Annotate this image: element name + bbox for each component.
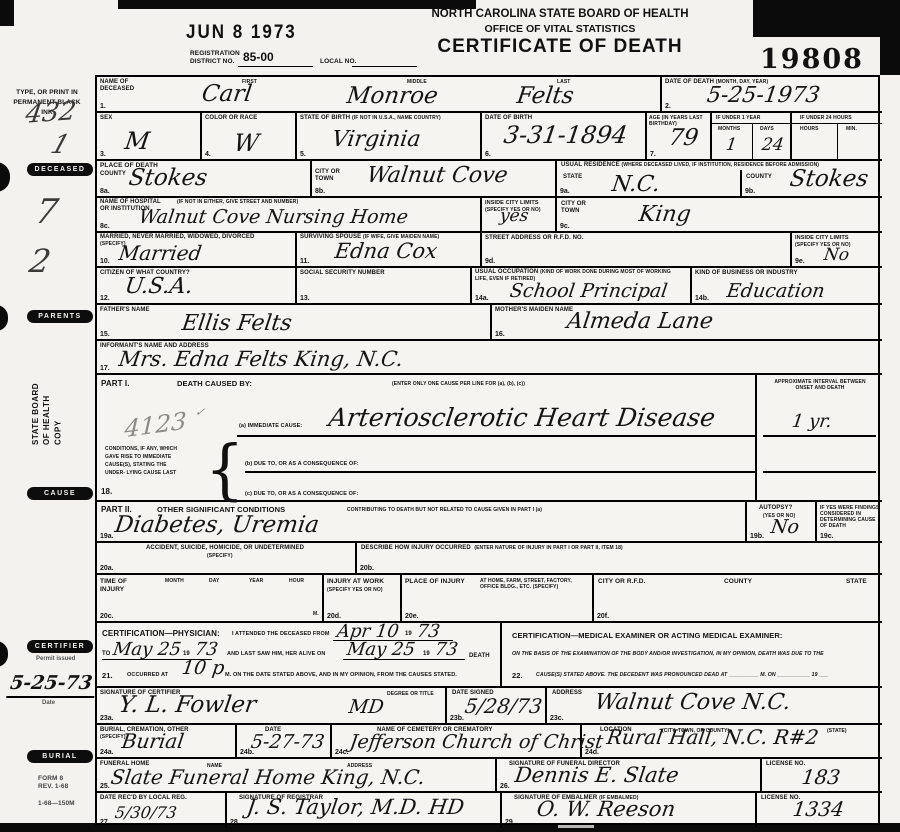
registration-district-value: 85-00 (243, 50, 274, 64)
cell-certification-examiner: CERTIFICATION—MEDICAL EXAMINER OR ACTING… (502, 623, 882, 688)
due-to-b-label: (b) DUE TO, OR AS A CONSEQUENCE OF: (245, 461, 359, 468)
cell-name-of-deceased: NAME OF DECEASED FIRST MIDDLE LAST 1. Ca… (97, 77, 662, 113)
pod-county-value: Stokes (127, 165, 209, 191)
sex-label: SEX (100, 115, 112, 122)
informant-num: 17. (100, 365, 110, 372)
part2-num: 19a. (100, 533, 114, 540)
one-cause-note: (ENTER ONLY ONE CAUSE PER LINE FOR (a), … (392, 381, 525, 387)
margin-tab-certifier: CERTIFIER (27, 640, 93, 653)
place-injury-label: PLACE OF INJURY (405, 578, 465, 586)
name-last-value: Felts (515, 83, 575, 109)
hospital-num: 8c. (100, 223, 110, 230)
burial-value: Burial (120, 729, 185, 753)
name-middle-value: Monroe (345, 83, 439, 109)
ur-county-value: Stokes (788, 166, 870, 192)
cell-part1-cause: PART I. DEATH CAUSED BY: (ENTER ONLY ONE… (97, 375, 757, 502)
pod-city-num: 8b. (315, 188, 325, 195)
icl2-num: 9e. (795, 258, 805, 265)
certificate-title: CERTIFICATE OF DEATH (280, 36, 840, 58)
cell-father: FATHER'S NAME 15. Ellis Felts (97, 305, 492, 341)
cell-date-of-birth: DATE OF BIRTH 6. 3-31-1894 (482, 113, 647, 161)
date-received-label: DATE REC'D BY LOCAL REG. (100, 795, 187, 802)
registration-underline (238, 66, 313, 67)
funeral-home-value: Slate Funeral Home King, N.C. (109, 765, 426, 789)
signature-certifier-value: Y. L. Fowler (117, 692, 258, 718)
cert-examiner-line1: ON THE BASIS OF THE EXAMINATION OF THE B… (512, 651, 877, 657)
local-no-underline (352, 66, 417, 67)
injury-work-num: 20d. (327, 613, 341, 620)
immediate-cause-value: Arteriosclerotic Heart Disease (327, 403, 717, 432)
margin-pencil-2: 2 (27, 242, 54, 280)
accident-num: 20a. (100, 565, 114, 572)
sex-value: M (123, 127, 152, 155)
cell-burial: BURIAL, CREMATION, OTHER (SPECIFY) 24a. … (97, 725, 237, 759)
occupation-value: School Principal (508, 280, 668, 302)
race-label: COLOR OR RACE (205, 115, 257, 122)
industry-value: Education (725, 280, 826, 302)
dob-num: 6. (485, 151, 491, 158)
margin-tab-burial: BURIAL (27, 750, 93, 763)
ur-county-label: COUNTY (746, 174, 772, 181)
cell-pod-city: CITY OR TOWN 8b. Walnut Cove (312, 161, 557, 198)
date-signed-value: 5/28/73 (463, 694, 543, 718)
cell-hospital: NAME OF HOSPITAL OR INSTITUTION (IF NOT … (97, 198, 482, 233)
street-num: 9d. (485, 258, 495, 265)
pod-city-value: Walnut Cove (365, 163, 509, 188)
race-value: W (232, 129, 261, 157)
cell-date-of-death: DATE OF DEATH (MONTH, DAY, YEAR) 2. 5-25… (662, 77, 882, 113)
embalmer-license-value: 1334 (791, 797, 845, 821)
cell-interval: APPROXIMATE INTERVAL BETWEEN ONSET AND D… (757, 375, 882, 502)
cell-injury-at-work: INJURY AT WORK (SPECIFY YES OR NO) 20d. (324, 575, 402, 623)
findings-label: IF YES WERE FINDINGS CONSIDERED IN DETER… (820, 505, 880, 529)
hospital-sub: (IF NOT IN EITHER, GIVE STREET AND NUMBE… (177, 199, 298, 205)
father-num: 15. (100, 331, 110, 338)
registration-district-label: REGISTRATIONDISTRICT NO. (190, 50, 240, 66)
funeral-director-num: 26. (500, 783, 510, 790)
cell-state-of-birth: STATE OF BIRTH (IF NOT IN U.S.A., NAME C… (297, 113, 482, 161)
under24-vline (837, 123, 838, 161)
burial-date-value: 5-27-73 (249, 731, 325, 753)
certifier-address-label: ADDRESS (552, 690, 582, 697)
brace-glyph: { (205, 431, 244, 508)
cell-age: AGE (IN YEARS LAST BIRTHDAY) 7. 79 (647, 113, 712, 161)
registrar-num: 28. (230, 819, 240, 826)
saw-underline (343, 659, 465, 660)
race-num: 4. (205, 151, 211, 158)
under1y-label: IF UNDER 1 YEAR (716, 115, 760, 121)
item-21-num: 21. (102, 671, 113, 680)
signature-certifier-num: 23a. (100, 715, 114, 722)
registrar-value: J. S. Taylor, M.D. HD (245, 795, 465, 819)
cell-signature-certifier: SIGNATURE OF CERTIFIER DEGREE OR TITLE 2… (97, 688, 447, 725)
cell-ur-county: COUNTY 9b. Stokes (742, 170, 882, 198)
attended-label: I ATTENDED THE DECEASED FROM (232, 631, 330, 638)
cell-part2: PART II. OTHER SIGNIFICANT CONDITIONS CO… (97, 502, 747, 543)
state-board-copy-label: STATE BOARD OF HEALTH COPY (30, 375, 64, 445)
cert-examiner-title: CERTIFICATION—MEDICAL EXAMINER OR ACTING… (512, 631, 783, 640)
months-value: 1 (725, 135, 739, 155)
cert-physician-title: CERTIFICATION—PHYSICIAN: (102, 629, 220, 639)
pod-county-label: COUNTY (100, 171, 126, 178)
injury-city-label: CITY OR R.F.D. (598, 578, 646, 586)
autopsy-label: AUTOPSY? (759, 505, 792, 512)
due-to-c-label: (c) DUE TO, OR AS A CONSEQUENCE OF: (245, 491, 358, 498)
cell-embalmer-license: LICENSE NO. 1334 (757, 793, 882, 827)
injury-city-num: 20f. (597, 613, 609, 620)
hour-label: HOUR (289, 578, 304, 584)
cell-date-received: DATE REC'D BY LOCAL REG. 27. 5/30/73 (97, 793, 227, 827)
ur-state-label: STATE (563, 174, 582, 181)
cell-ssn: SOCIAL SECURITY NUMBER 13. (297, 268, 472, 305)
year-19-c: 19 (423, 651, 430, 658)
place-injury-sub: AT HOME, FARM, STREET, FACTORY, OFFICE B… (480, 578, 590, 590)
dod-value: 5-25-1973 (705, 83, 821, 108)
funeral-director-value: Dennis E. Slate (513, 763, 680, 787)
cell-ur-state: STATE 9a. N.C. (557, 170, 742, 198)
time-injury-num: 20c. (100, 613, 114, 620)
cell-marital: MARRIED, NEVER MARRIED, WIDOWED, DIVORCE… (97, 233, 297, 268)
header-office-title: OFFICE OF VITAL STATISTICS (280, 23, 840, 35)
cell-spouse: SURVIVING SPOUSE (IF WIFE, GIVE MAIDEN N… (297, 233, 482, 268)
occurred-at-value: 10 p (180, 657, 225, 679)
cell-registrar: SIGNATURE OF REGISTRAR 28. J. S. Taylor,… (227, 793, 502, 827)
m-label: M. (313, 611, 319, 617)
day-label: DAY (209, 578, 219, 584)
injury-state-label: STATE (846, 578, 867, 586)
cell-injury-city: CITY OR R.F.D. COUNTY STATE 20f. (594, 575, 882, 623)
res-city-num: 9c. (560, 223, 570, 230)
form-number: FORM 8REV. 1-68 (38, 775, 68, 791)
degree-title-label: DEGREE OR TITLE (387, 691, 434, 697)
cell-funeral-director: SIGNATURE OF FUNERAL DIRECTOR 26. Dennis… (497, 759, 762, 793)
mother-label: MOTHER'S MAIDEN NAME (495, 307, 573, 314)
location-sub2: (STATE) (827, 728, 847, 734)
director-license-label: LICENSE NO. (766, 761, 805, 768)
death-word: DEATH (469, 653, 490, 660)
cell-place-of-injury: PLACE OF INJURY AT HOME, FARM, STREET, F… (402, 575, 594, 623)
injury-work-sub: (SPECIFY YES OR NO) (327, 587, 383, 593)
ur-county-num: 9b. (745, 188, 755, 195)
findings-num: 19c. (820, 533, 834, 540)
item-18-num: 18. (101, 487, 112, 497)
header-board-title: NORTH CAROLINA STATE BOARD OF HEALTH (280, 8, 840, 20)
death-certificate-page: JUN 8 1973 NORTH CAROLINA STATE BOARD OF… (0, 0, 900, 832)
year-19-a: 19 (405, 631, 412, 638)
cell-industry: KIND OF BUSINESS OR INDUSTRY 14b. Educat… (692, 268, 882, 305)
cell-accident: ACCIDENT, SUICIDE, HOMICIDE, OR UNDETERM… (97, 543, 357, 575)
cell-occupation: USUAL OCCUPATION (KIND OF WORK DONE DURI… (472, 268, 692, 305)
marital-num: 10. (100, 258, 110, 265)
scan-artifact-blob-3 (0, 641, 8, 667)
pencil-note-4123: 4123 (124, 407, 187, 443)
last-saw-value: May 25 (346, 639, 417, 660)
certifier-address-num: 23c. (550, 715, 564, 722)
industry-num: 14b. (695, 295, 709, 302)
interval-a-value: 1 yr. (791, 411, 834, 432)
other-conditions-value: Diabetes, Uremia (113, 512, 321, 538)
cell-describe-injury: DESCRIBE HOW INJURY OCCURRED (ENTER NATU… (357, 543, 882, 575)
cell-street-address: STREET ADDRESS OR R.F.D. NO. 9d. (482, 233, 792, 268)
injury-county-label: COUNTY (724, 578, 752, 586)
burial-num: 24a. (100, 749, 114, 756)
under24-label: IF UNDER 24 HOURS (800, 115, 852, 121)
sex-num: 3. (100, 151, 106, 158)
place-injury-num: 20e. (405, 613, 419, 620)
scan-artifact-right-edge (880, 0, 900, 75)
cemetery-num: 24c. (335, 749, 349, 756)
icl2-label: INSIDE CITY LIMITS (795, 235, 849, 242)
cemetery-value: Jefferson Church of Christ (348, 731, 604, 753)
scan-artifact-blob-2 (0, 305, 8, 331)
spouse-num: 11. (300, 258, 309, 265)
mother-value: Almeda Lane (565, 309, 714, 334)
embalmer-value: O. W. Reeson (535, 797, 677, 821)
citizen-value: U.S.A. (123, 274, 194, 299)
months-label: MONTHS (718, 126, 740, 132)
icl1-value: yes (499, 206, 530, 226)
certifier-address-value: Walnut Cove N.C. (593, 690, 792, 715)
cell-embalmer: SIGNATURE OF EMBALMER (IF EMBALMED) 29. … (502, 793, 757, 827)
to-label: TO (102, 651, 110, 658)
cell-inside-city-2: INSIDE CITY LIMITS (SPECIFY YES OR NO) 9… (792, 233, 882, 268)
res-city-value: King (637, 202, 692, 227)
cell-director-license: LICENSE NO. 183 (762, 759, 882, 793)
permit-date-value: 5-25-73 (6, 672, 98, 698)
cell-certifier-address: ADDRESS 23c. Walnut Cove N.C. (547, 688, 882, 725)
margin-pencil-1: 1 (47, 130, 73, 160)
certificate-form: NAME OF DECEASED FIRST MIDDLE LAST 1. Ca… (95, 75, 880, 825)
industry-label: KIND OF BUSINESS OR INDUSTRY (695, 270, 798, 277)
scan-artifact-blob-1 (0, 162, 10, 192)
occupation-num: 14a. (475, 295, 489, 302)
describe-injury-num: 20b. (360, 565, 374, 572)
pod-county-num: 8a. (100, 188, 110, 195)
accident-label: ACCIDENT, SUICIDE, HOMICIDE, OR UNDETERM… (100, 545, 350, 552)
line-b-rule (245, 471, 755, 473)
to-value: May 25 (112, 639, 183, 660)
hours-label: HOURS (800, 126, 819, 132)
cell-findings: IF YES WERE FINDINGS CONSIDERED IN DETER… (817, 502, 882, 543)
min-label: MIN. (846, 126, 857, 132)
date-received-value: 5/30/73 (114, 803, 178, 822)
hospital-value: Walnut Cove Nursing Home (137, 206, 409, 228)
permit-date-label: Date (42, 700, 55, 706)
cell-cemetery: NAME OF CEMETERY OR CREMATORY 24c. Jeffe… (332, 725, 582, 759)
date-signed-num: 23b. (450, 715, 464, 722)
father-value: Ellis Felts (180, 311, 293, 336)
describe-injury-label: DESCRIBE HOW INJURY OCCURRED (ENTER NATU… (361, 545, 876, 552)
icl2-value: No (823, 245, 851, 265)
local-no-label: LOCAL NO. (320, 58, 357, 66)
street-label: STREET ADDRESS OR R.F.D. NO. (485, 235, 584, 242)
spouse-value: Edna Cox (333, 239, 438, 263)
ssn-label: SOCIAL SECURITY NUMBER (300, 270, 385, 277)
margin-pencil-432: 432 (24, 96, 79, 129)
interval-label: APPROXIMATE INTERVAL BETWEEN ONSET AND D… (765, 379, 875, 391)
line-a-rule (237, 435, 755, 437)
accident-sub: (SPECIFY) (207, 553, 233, 559)
conditions-note: CONDITIONS, IF ANY, WHICH GAVE RISE TO I… (105, 445, 185, 477)
informant-value: Mrs. Edna Felts King, N.C. (117, 347, 404, 371)
injury-work-label: INJURY AT WORK (327, 578, 384, 586)
cell-inside-city-1: INSIDE CITY LIMITS (SPECIFY YES OR NO) y… (482, 198, 557, 233)
location-num: 24d. (585, 749, 599, 756)
serial-number: 19808 (760, 44, 864, 75)
margin-pencil-7: 7 (32, 192, 61, 232)
occurred-at-label: OCCURRED AT (127, 672, 168, 679)
permit-issued-label: Permit issued (36, 656, 75, 662)
cell-citizen: CITIZEN OF WHAT COUNTRY? 12. U.S.A. (97, 268, 297, 305)
pod-city-label: CITY OR TOWN (315, 169, 345, 183)
part1-label: PART I. (101, 379, 130, 389)
cell-mother: MOTHER'S MAIDEN NAME 16. Almeda Lane (492, 305, 882, 341)
autopsy-num: 19b. (750, 533, 764, 540)
name-num: 1. (100, 103, 106, 110)
margin-tab-deceased: DECEASED (27, 163, 93, 176)
cell-certification-physician: CERTIFICATION—PHYSICIAN: I ATTENDED THE … (97, 623, 502, 688)
autopsy-value: No (769, 516, 800, 538)
citizen-num: 12. (100, 295, 110, 302)
year-label: YEAR (249, 578, 263, 584)
cell-informant: INFORMANT'S NAME AND ADDRESS 17. Mrs. Ed… (97, 341, 882, 375)
margin-tab-cause: CAUSE (27, 487, 93, 500)
month-label: MONTH (165, 578, 184, 584)
interval-a-rule (763, 435, 876, 437)
cell-time-of-injury: TIME OFINJURY MONTH DAY YEAR HOUR M. 20c… (97, 575, 324, 623)
last-saw-label: AND LAST SAW HIM, HER ALIVE ON (227, 651, 325, 658)
interval-b-rule (763, 471, 876, 473)
name-first-value: Carl (200, 81, 253, 107)
cell-burial-date: DATE 24b. 5-27-73 (237, 725, 332, 759)
dob-value: 3-31-1894 (502, 121, 629, 149)
cell-funeral-home: FUNERAL HOME NAME ADDRESS 25. Slate Fune… (97, 759, 497, 793)
dod-num: 2. (665, 103, 671, 110)
sob-num: 5. (300, 151, 306, 158)
date-received-num: 27. (100, 819, 110, 826)
time-injury-label: TIME OFINJURY (100, 578, 127, 594)
mother-num: 16. (495, 331, 505, 338)
cell-under-1-year: IF UNDER 1 YEAR MONTHS DAYS 1 24 (712, 113, 792, 161)
cell-sex: SEX 3. M (97, 113, 202, 161)
sob-label: STATE OF BIRTH (IF NOT IN U.S.A., NAME C… (300, 115, 475, 122)
father-label: FATHER'S NAME (100, 307, 150, 314)
pencil-check: ✓ (194, 405, 206, 419)
age-value: 79 (667, 125, 700, 151)
director-license-value: 183 (800, 765, 842, 789)
cert-examiner-line2: CAUSE(S) STATED ABOVE. THE DECEDENT WAS … (536, 672, 876, 678)
days-label: DAYS (760, 126, 774, 132)
print-code: 1-68—150M (38, 800, 75, 808)
marital-value: Married (117, 241, 203, 265)
cell-autopsy: AUTOPSY? (YES OR NO) 19b. No (747, 502, 817, 543)
under1y-vline (752, 123, 753, 161)
cell-pod-county: PLACE OF DEATH COUNTY 8a. Stokes (97, 161, 312, 198)
res-city-label: CITY OR TOWN (561, 201, 591, 215)
sob-value: Virginia (330, 127, 422, 152)
ssn-num: 13. (300, 295, 310, 302)
scan-artifact-left-corner (0, 0, 14, 26)
margin-tab-parents: PARENTS (27, 310, 93, 323)
days-value: 24 (761, 135, 785, 155)
item-22-num: 22. (512, 671, 523, 680)
death-caused-by-label: DEATH CAUSED BY: (177, 379, 252, 388)
embalmer-num: 29. (505, 819, 515, 826)
occurred-rest-label: M. ON THE DATE STATED ABOVE, AND IN MY O… (225, 672, 457, 679)
year-73-c: 73 (434, 639, 460, 660)
other-conditions-sub: CONTRIBUTING TO DEATH BUT NOT RELATED TO… (347, 507, 542, 513)
ur-state-value: N.C. (610, 172, 661, 197)
cell-under-24-hours: IF UNDER 24 HOURS HOURS MIN. (792, 113, 882, 161)
immediate-cause-label: (a) IMMEDIATE CAUSE: (239, 423, 302, 430)
age-num: 7. (650, 151, 656, 158)
cell-residence-city: CITY OR TOWN 9c. King (557, 198, 882, 233)
ur-state-num: 9a. (560, 188, 570, 195)
cell-cemetery-location: LOCATION (CITY, TOWN, OR COUNTY) (STATE)… (582, 725, 882, 759)
cell-race: COLOR OR RACE 4. W (202, 113, 297, 161)
cell-date-signed: DATE SIGNED 23b. 5/28/73 (447, 688, 547, 725)
name-label: NAME OF DECEASED (100, 79, 155, 93)
location-value: Rural Hall, N.C. R#2 (605, 725, 820, 749)
degree-title-value: MD (347, 696, 385, 718)
